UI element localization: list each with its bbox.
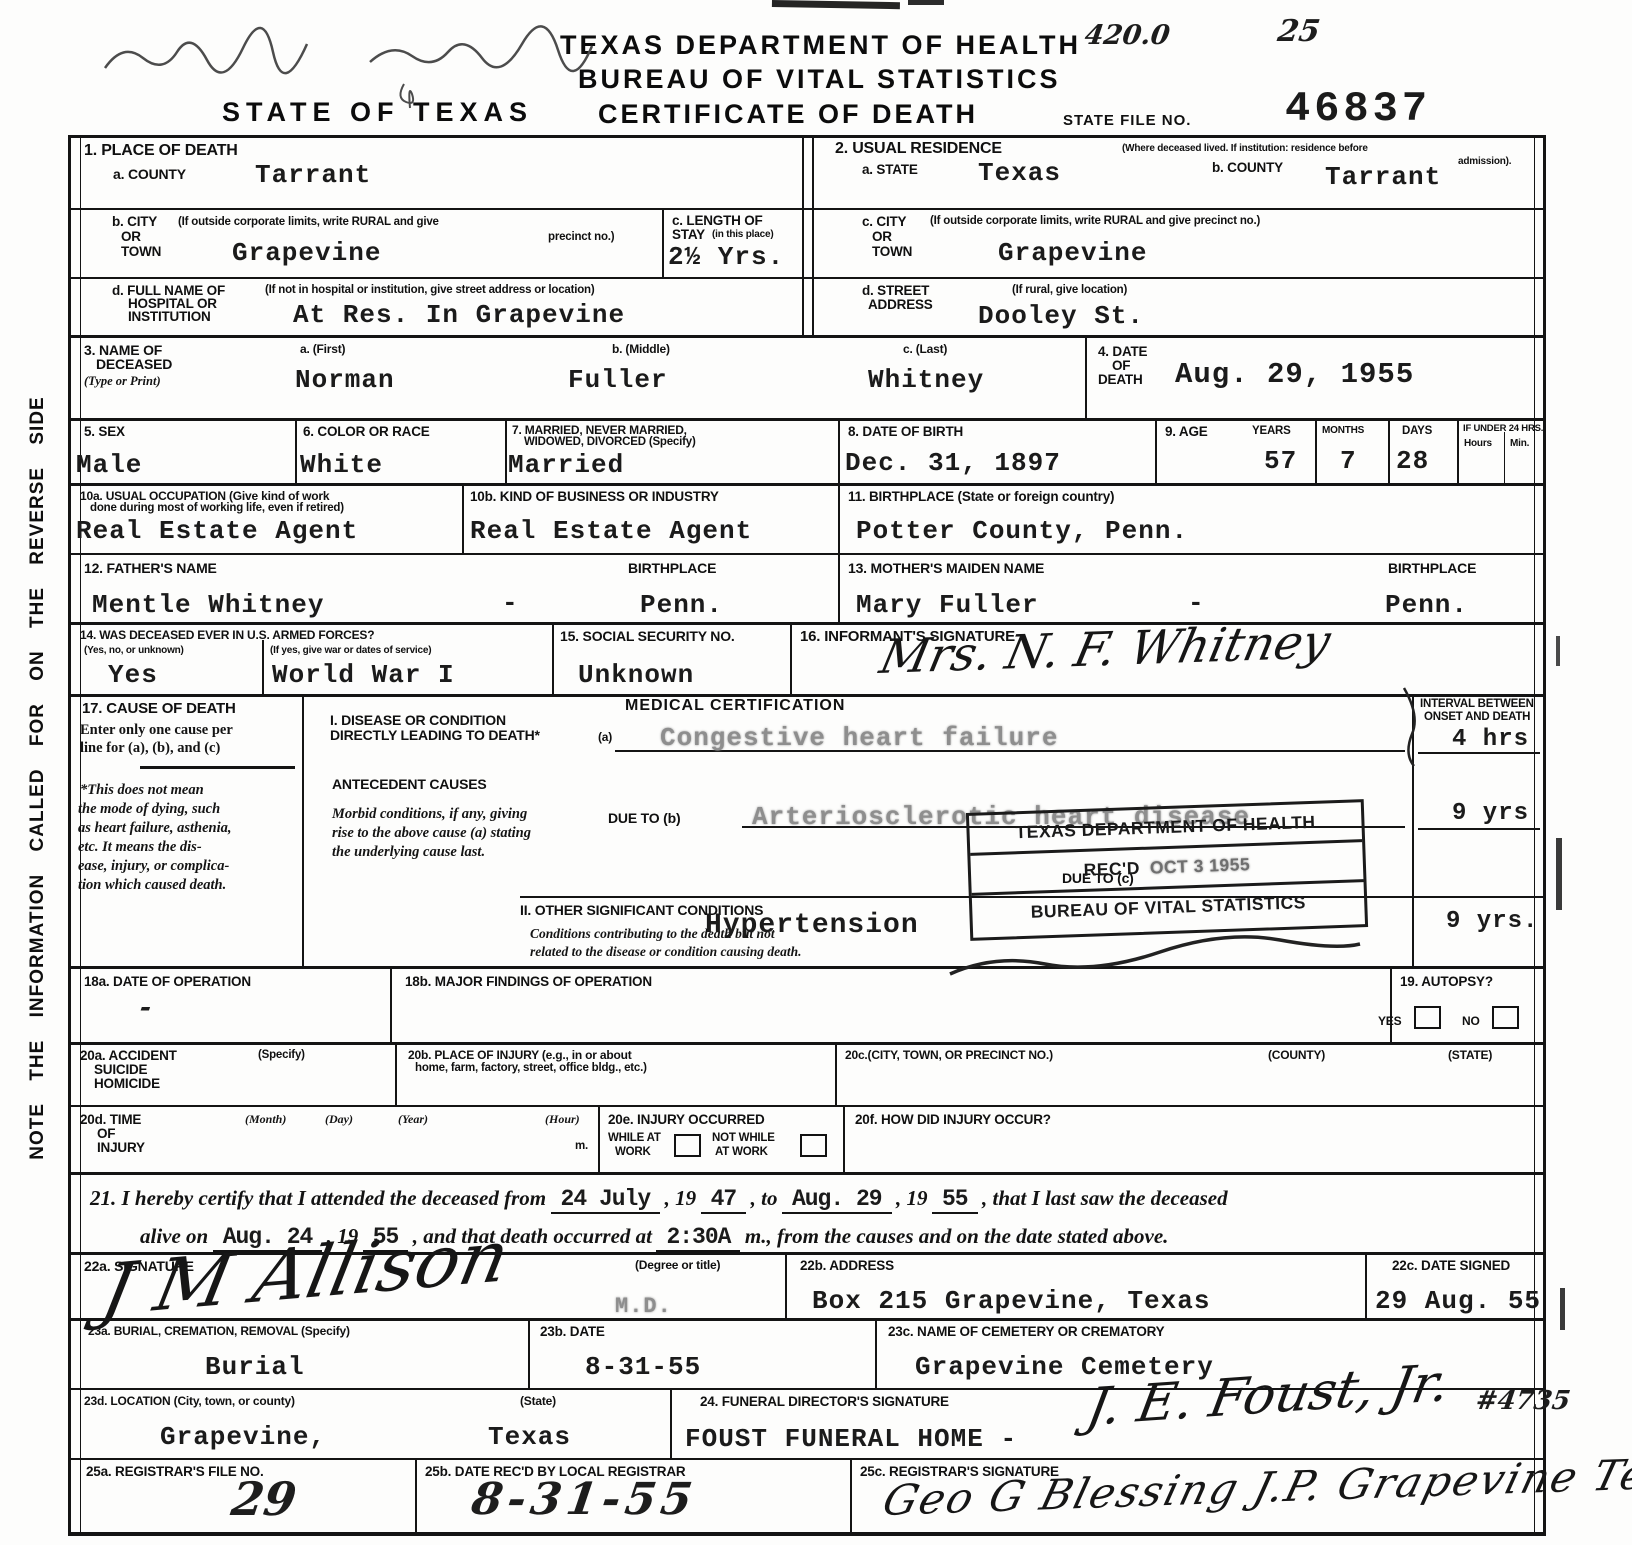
cause-note: Enter only one cause per bbox=[80, 722, 233, 739]
form-line bbox=[68, 135, 1545, 138]
certify-time-value: 2:30A bbox=[656, 1224, 740, 1252]
deceased-title-3: (Type or Print) bbox=[84, 374, 161, 389]
cause-side-note-6: tion which caused death. bbox=[78, 877, 226, 894]
dod-value: Aug. 29, 1955 bbox=[1175, 358, 1414, 391]
registrar-date-value: 8-31-55 bbox=[468, 1474, 700, 1525]
homicide-label: HOMICIDE bbox=[94, 1076, 160, 1091]
autopsy-yes-label: YES bbox=[1378, 1014, 1401, 1028]
scan-edge-smudge bbox=[1560, 1288, 1565, 1330]
form-line bbox=[68, 335, 1545, 338]
age-months-label: MONTHS bbox=[1322, 425, 1364, 436]
place-city-value: Grapevine bbox=[232, 238, 381, 268]
armed-forces-note-2: (If yes, give war or dates of service) bbox=[270, 645, 431, 656]
funeral-director-number: #4735 bbox=[1474, 1386, 1572, 1416]
form-line bbox=[1365, 1252, 1367, 1318]
informant-signature: Mrs. N. F. Whitney bbox=[875, 615, 1335, 685]
not-while-label-2: AT WORK bbox=[715, 1146, 768, 1158]
place-county-label: a. COUNTY bbox=[113, 166, 186, 182]
illegible-scribble bbox=[105, 26, 592, 73]
min-label: Min. bbox=[1510, 438, 1529, 449]
medical-certification-title: MEDICAL CERTIFICATION bbox=[625, 697, 845, 715]
state-file-no-label: STATE FILE NO. bbox=[1063, 112, 1191, 129]
form-line bbox=[838, 553, 840, 622]
interval-label: INTERVAL BETWEEN bbox=[1420, 698, 1534, 710]
certify-text-5: m., from the causes and on the date stat… bbox=[745, 1224, 1169, 1248]
place-city-note-2: precinct no.) bbox=[548, 231, 614, 243]
form-line bbox=[390, 968, 392, 1042]
mother-dash: - bbox=[1188, 588, 1205, 618]
autopsy-no-checkbox bbox=[1492, 1006, 1519, 1029]
form-line bbox=[68, 553, 1545, 555]
place-city-label-or: OR bbox=[121, 229, 141, 244]
stamp-recd: REC'D bbox=[1083, 858, 1140, 881]
street-label: d. STREET bbox=[862, 283, 929, 298]
form-line bbox=[1457, 418, 1459, 483]
street-note: (If rural, give location) bbox=[1012, 284, 1127, 296]
certify-from-year: 47 bbox=[701, 1186, 747, 1214]
age-years-value: 57 bbox=[1264, 446, 1297, 476]
form-line bbox=[812, 135, 814, 335]
registrar-file-value: 29 bbox=[228, 1472, 300, 1526]
armed-forces-value: Yes bbox=[108, 660, 158, 690]
dod-label: 4. DATE bbox=[1098, 344, 1147, 359]
scan-edge-smudge bbox=[1556, 636, 1560, 666]
form-line bbox=[1155, 418, 1157, 483]
institution-value: At Res. In Grapevine bbox=[293, 300, 625, 330]
accident-label: 20a. ACCIDENT bbox=[80, 1048, 177, 1063]
morbid-note-2: rise to the above cause (a) stating bbox=[332, 825, 531, 842]
death-certificate-scan: TEXAS DEPARTMENT OF HEALTH BUREAU OF VIT… bbox=[0, 0, 1632, 1545]
bureau-header: BUREAU OF VITAL STATISTICS bbox=[578, 64, 1061, 95]
race-value: White bbox=[300, 450, 383, 480]
not-while-label: NOT WHILE bbox=[712, 1132, 775, 1144]
certify-19b: , 19 bbox=[896, 1186, 928, 1210]
form-line bbox=[838, 483, 840, 553]
place-city-label: b. CITY bbox=[112, 214, 157, 229]
disease-label: I. DISEASE OR CONDITION bbox=[330, 712, 506, 728]
dod-label-2: OF bbox=[1112, 358, 1130, 373]
injury-occurred-label: 20e. INJURY OCCURRED bbox=[608, 1112, 765, 1127]
mother-birthplace-value: Penn. bbox=[1385, 590, 1468, 620]
occupation-value: Real Estate Agent bbox=[76, 516, 358, 546]
injury-state-label: (STATE) bbox=[1448, 1048, 1492, 1062]
residence-title: 2. USUAL RESIDENCE bbox=[835, 140, 1002, 158]
father-birthplace-label: BIRTHPLACE bbox=[628, 560, 716, 576]
form-line bbox=[68, 135, 71, 1536]
margin-note: NOTE THE INFORMATION CALLED FOR ON THE R… bbox=[27, 396, 49, 1159]
form-line bbox=[1412, 694, 1414, 966]
dob-label: 8. DATE OF BIRTH bbox=[848, 424, 963, 439]
place-county-value: Tarrant bbox=[255, 160, 371, 190]
father-dash: - bbox=[502, 588, 519, 618]
hand-code-2: 25 bbox=[1276, 14, 1323, 49]
place-of-injury-label: 20b. PLACE OF INJURY (e.g., in or about bbox=[408, 1048, 632, 1062]
certify-text-2: , that I last saw the deceased bbox=[982, 1186, 1228, 1210]
burial-date-label: 23b. DATE bbox=[540, 1324, 605, 1339]
dob-value: Dec. 31, 1897 bbox=[845, 448, 1061, 478]
form-line bbox=[462, 483, 464, 553]
date-signed-value: 29 Aug. 55 bbox=[1375, 1286, 1541, 1316]
birthplace-label: 11. BIRTHPLACE (State or foreign country… bbox=[848, 489, 1114, 504]
street-label-2: ADDRESS bbox=[868, 297, 933, 312]
form-line bbox=[68, 208, 1545, 210]
form-line bbox=[262, 640, 264, 694]
institution-label-3: INSTITUTION bbox=[128, 309, 211, 324]
physician-degree-value: M.D. bbox=[615, 1294, 672, 1319]
residence-title-note-2: admission). bbox=[1458, 156, 1511, 167]
form-line bbox=[68, 966, 1545, 969]
dod-label-3: DEATH bbox=[1098, 372, 1143, 387]
disease-label-2: DIRECTLY LEADING TO DEATH* bbox=[330, 727, 540, 743]
form-line bbox=[843, 1105, 845, 1172]
registrar-signature: Geo G Blessing J.P. Grapevine Tex bbox=[878, 1449, 1632, 1525]
injury-city-label: 20c.(CITY, TOWN, OR PRECINCT NO.) bbox=[845, 1048, 1053, 1062]
location-city-value: Grapevine, bbox=[160, 1422, 326, 1452]
injury-hour-label: (Hour) bbox=[545, 1112, 580, 1127]
place-of-injury-label-2: home, farm, factory, street, office bldg… bbox=[415, 1062, 647, 1074]
mother-label: 13. MOTHER'S MAIDEN NAME bbox=[848, 560, 1044, 576]
form-line bbox=[1543, 135, 1546, 1536]
ssn-value: Unknown bbox=[578, 660, 694, 690]
residence-city-label: c. CITY bbox=[862, 214, 906, 229]
form-line bbox=[395, 1042, 397, 1105]
operation-date-label: 18a. DATE OF OPERATION bbox=[84, 974, 251, 989]
form-line bbox=[140, 766, 295, 769]
industry-label: 10b. KIND OF BUSINESS OR INDUSTRY bbox=[470, 489, 719, 504]
injury-day-label: (Day) bbox=[325, 1112, 353, 1127]
residence-county-label: b. COUNTY bbox=[1212, 160, 1283, 175]
form-line bbox=[68, 1105, 1545, 1107]
state-of-texas: STATE OF TEXAS bbox=[222, 97, 533, 128]
state-file-no-value: 46837 bbox=[1285, 85, 1431, 133]
age-months-value: 7 bbox=[1340, 446, 1357, 476]
form-line bbox=[835, 1042, 837, 1105]
father-birthplace-value: Penn. bbox=[640, 590, 723, 620]
scan-edge-smudge bbox=[1556, 838, 1562, 910]
form-line bbox=[1315, 418, 1317, 483]
age-days-label: DAYS bbox=[1402, 425, 1432, 437]
occupation-label-2: done during most of working life, even i… bbox=[90, 502, 344, 514]
form-line bbox=[415, 1458, 417, 1532]
form-line bbox=[850, 1458, 852, 1532]
hand-code: 420.0 bbox=[1083, 20, 1172, 51]
form-line bbox=[838, 418, 840, 483]
father-label: 12. FATHER'S NAME bbox=[84, 560, 217, 576]
location-state-value: Texas bbox=[488, 1422, 571, 1452]
marital-value: Married bbox=[508, 450, 624, 480]
form-line bbox=[528, 1318, 530, 1388]
form-line bbox=[68, 1532, 1545, 1536]
form-line bbox=[1418, 828, 1540, 830]
suicide-label: SUICIDE bbox=[94, 1062, 147, 1077]
degree-label: (Degree or title) bbox=[635, 1258, 720, 1272]
injury-year-label: (Year) bbox=[398, 1112, 428, 1127]
residence-city-note: (If outside corporate limits, write RURA… bbox=[930, 215, 1260, 227]
cause-side-note-2: the mode of dying, such bbox=[78, 801, 220, 818]
residence-city-label-or: OR bbox=[872, 229, 892, 244]
form-line bbox=[875, 1318, 877, 1388]
certify-to-value: Aug. 29 bbox=[782, 1186, 892, 1214]
place-city-label-town: TOWN bbox=[121, 244, 161, 259]
date-signed-label: 22c. DATE SIGNED bbox=[1392, 1258, 1510, 1273]
interval-b-value: 9 yrs bbox=[1452, 800, 1529, 827]
while-at-work-checkbox bbox=[674, 1134, 701, 1157]
certify-to-label: , to bbox=[751, 1186, 778, 1210]
how-injury-label: 20f. HOW DID INJURY OCCUR? bbox=[855, 1112, 1051, 1127]
location-state-label: (State) bbox=[520, 1394, 556, 1408]
certify-from-value: 24 July bbox=[551, 1186, 661, 1214]
marital-label: 7. MARRIED, NEVER MARRIED, bbox=[512, 423, 687, 437]
injury-m-label: m. bbox=[575, 1140, 588, 1152]
autopsy-no-label: NO bbox=[1462, 1014, 1480, 1028]
location-label: 23d. LOCATION (City, town, or county) bbox=[84, 1394, 295, 1408]
form-line bbox=[1504, 432, 1505, 483]
morbid-note-3: the underlying cause last. bbox=[332, 844, 485, 861]
cause-side-note-4: etc. It means the dis- bbox=[78, 839, 202, 856]
war-value: World War I bbox=[272, 660, 455, 690]
while-at-label-2: WORK bbox=[615, 1146, 651, 1158]
age-label: 9. AGE bbox=[1165, 424, 1208, 439]
residence-city-value: Grapevine bbox=[998, 238, 1147, 268]
interval-other-value: 9 yrs. bbox=[1446, 908, 1538, 935]
form-line bbox=[598, 1105, 600, 1172]
cause-side-note-5: ease, injury, or complica- bbox=[78, 858, 229, 875]
stamp-recd-date: OCT 3 1955 bbox=[1150, 854, 1251, 878]
place-title: 1. PLACE OF DEATH bbox=[84, 142, 238, 160]
certification-line-1: 21. I hereby certify that I attended the… bbox=[90, 1186, 1228, 1212]
form-line bbox=[1390, 968, 1392, 1042]
residence-city-label-town: TOWN bbox=[872, 244, 912, 259]
scan-edge-smudge bbox=[772, 0, 900, 9]
time-of-injury-label-2: OF bbox=[97, 1126, 115, 1141]
autopsy-yes-checkbox bbox=[1414, 1006, 1441, 1029]
mother-value: Mary Fuller bbox=[856, 590, 1039, 620]
form-line bbox=[785, 1252, 787, 1318]
interval-a-value: 4 hrs bbox=[1452, 726, 1529, 753]
occupation-label: 10a. USUAL OCCUPATION (Give kind of work bbox=[80, 489, 329, 503]
sex-label: 5. SEX bbox=[84, 424, 125, 439]
marital-label-2: WIDOWED, DIVORCED (Specify) bbox=[524, 436, 696, 448]
age-days-value: 28 bbox=[1396, 446, 1429, 476]
injury-county-label: (COUNTY) bbox=[1268, 1048, 1325, 1062]
industry-value: Real Estate Agent bbox=[470, 516, 752, 546]
time-of-injury-label-3: INJURY bbox=[97, 1140, 145, 1155]
cause-side-note-1: *This does not mean bbox=[80, 782, 204, 799]
form-line bbox=[802, 135, 804, 335]
dept-header: TEXAS DEPARTMENT OF HEALTH bbox=[560, 30, 1081, 61]
place-city-note: (If outside corporate limits, write RURA… bbox=[178, 216, 439, 228]
stay-label-2: STAY bbox=[672, 227, 705, 242]
age-years-label: YEARS bbox=[1252, 425, 1291, 437]
certify-to-year: 55 bbox=[932, 1186, 978, 1214]
specify-note: (Specify) bbox=[258, 1049, 305, 1061]
certify-19a: , 19 bbox=[665, 1186, 697, 1210]
residence-title-note: (Where deceased lived. If institution: r… bbox=[1122, 143, 1368, 154]
armed-forces-note: (Yes, no, or unknown) bbox=[84, 645, 184, 656]
funeral-director-label: 24. FUNERAL DIRECTOR'S SIGNATURE bbox=[700, 1394, 949, 1409]
cause-a-value: Congestive heart failure bbox=[660, 723, 1058, 753]
form-line bbox=[68, 418, 1545, 421]
scan-edge-smudge bbox=[908, 0, 944, 5]
first-name-label: a. (First) bbox=[300, 342, 345, 356]
form-line bbox=[68, 483, 1545, 486]
last-name-value: Whitney bbox=[868, 365, 984, 395]
stay-label: c. LENGTH OF bbox=[672, 213, 763, 228]
autopsy-label: 19. AUTOPSY? bbox=[1400, 974, 1493, 989]
cause-note-2: line for (a), (b), and (c) bbox=[80, 740, 220, 757]
form-line bbox=[1085, 335, 1087, 418]
armed-forces-label: 14. WAS DECEASED EVER IN U.S. ARMED FORC… bbox=[80, 628, 374, 642]
burial-date-value: 8-31-55 bbox=[585, 1352, 701, 1382]
while-at-label: WHILE AT bbox=[608, 1132, 661, 1144]
certify-text-1: 21. I hereby certify that I attended the… bbox=[90, 1186, 546, 1210]
other-conditions-note-2: related to the disease or condition caus… bbox=[530, 944, 802, 960]
first-name-value: Norman bbox=[295, 365, 395, 395]
residence-state-label: a. STATE bbox=[862, 162, 918, 177]
operation-findings-label: 18b. MAJOR FINDINGS OF OPERATION bbox=[405, 974, 652, 989]
form-line bbox=[670, 1388, 672, 1458]
form-line bbox=[68, 1458, 1545, 1460]
birthplace-value: Potter County, Penn. bbox=[856, 516, 1188, 546]
sex-value: Male bbox=[76, 450, 142, 480]
cause-side-note-3: as heart failure, asthenia, bbox=[78, 820, 231, 837]
cause-b-label: DUE TO (b) bbox=[608, 810, 680, 826]
ssn-label: 15. SOCIAL SECURITY NO. bbox=[560, 628, 735, 644]
form-line bbox=[295, 418, 297, 483]
form-line bbox=[1534, 135, 1535, 1536]
residence-county-value: Tarrant bbox=[1325, 162, 1441, 192]
form-line bbox=[302, 694, 304, 966]
form-line bbox=[505, 418, 507, 483]
form-line bbox=[1388, 418, 1390, 483]
under-24-label: IF UNDER 24 HRS. bbox=[1463, 423, 1543, 434]
funeral-home-value: FOUST FUNERAL HOME - bbox=[685, 1424, 1017, 1454]
form-line bbox=[68, 1042, 1545, 1045]
form-line bbox=[68, 277, 1545, 279]
form-line bbox=[68, 1172, 1545, 1175]
stay-note: (in this place) bbox=[712, 229, 773, 240]
middle-name-value: Fuller bbox=[568, 365, 668, 395]
operation-date-dash: - bbox=[138, 992, 154, 1023]
race-label: 6. COLOR OR RACE bbox=[303, 424, 430, 439]
physician-address-value: Box 215 Grapevine, Texas bbox=[812, 1286, 1210, 1316]
mother-birthplace-label: BIRTHPLACE bbox=[1388, 560, 1476, 576]
injury-month-label: (Month) bbox=[245, 1112, 286, 1127]
physician-address-label: 22b. ADDRESS bbox=[800, 1258, 894, 1273]
cause-title: 17. CAUSE OF DEATH bbox=[82, 700, 236, 717]
cause-a-label: (a) bbox=[598, 730, 612, 744]
form-line bbox=[68, 1318, 1545, 1321]
father-value: Mentle Whitney bbox=[92, 590, 324, 620]
not-while-at-work-checkbox bbox=[800, 1134, 827, 1157]
form-line bbox=[552, 622, 554, 694]
middle-name-label: b. (Middle) bbox=[612, 342, 670, 356]
last-name-label: c. (Last) bbox=[903, 342, 947, 356]
interval-label-2: ONSET AND DEATH bbox=[1424, 711, 1530, 723]
time-of-injury-label: 20d. TIME bbox=[80, 1112, 141, 1127]
certificate-title: CERTIFICATE OF DEATH bbox=[598, 99, 978, 130]
cemetery-label: 23c. NAME OF CEMETERY OR CREMATORY bbox=[888, 1324, 1165, 1339]
morbid-note-1: Morbid conditions, if any, giving bbox=[332, 806, 527, 823]
institution-note: (If not in hospital or institution, give… bbox=[265, 284, 595, 296]
other-conditions-value: Hypertension bbox=[705, 910, 919, 941]
hours-label: Hours bbox=[1464, 438, 1492, 449]
form-line bbox=[790, 622, 792, 694]
stay-value: 2½ Yrs. bbox=[668, 242, 784, 272]
form-line bbox=[662, 208, 664, 277]
residence-state-value: Texas bbox=[978, 158, 1061, 188]
street-value: Dooley St. bbox=[978, 301, 1144, 331]
received-stamp: TEXAS DEPARTMENT OF HEALTH REC'D OCT 3 1… bbox=[966, 799, 1368, 941]
antecedent-label: ANTECEDENT CAUSES bbox=[332, 776, 487, 792]
burial-value: Burial bbox=[205, 1352, 305, 1382]
deceased-title-2: DECEASED bbox=[96, 356, 172, 372]
